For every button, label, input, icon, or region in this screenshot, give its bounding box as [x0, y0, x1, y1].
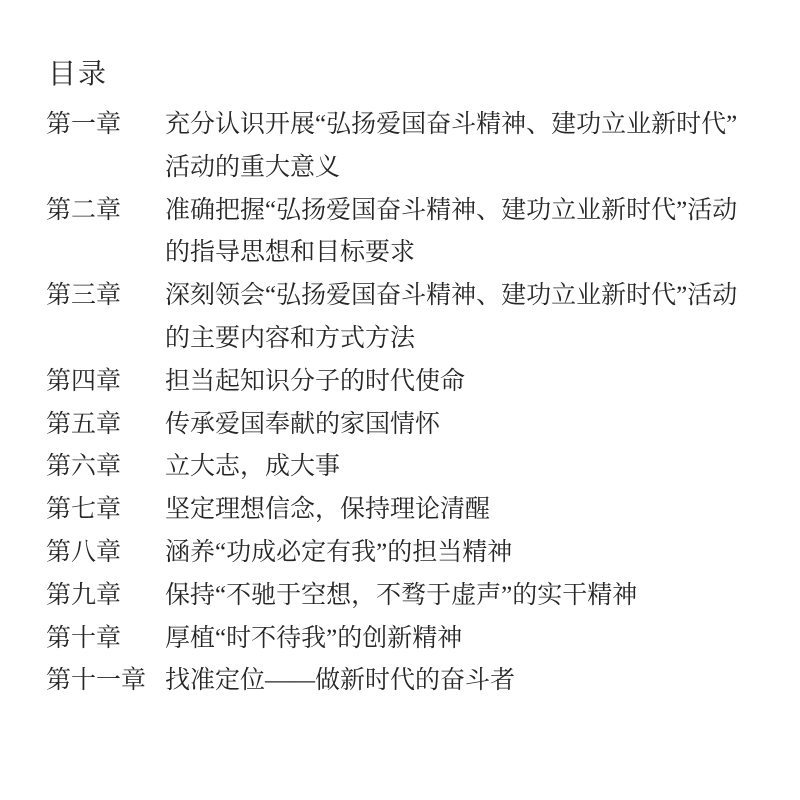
toc-entry: 第六章 立大志，成大事	[46, 446, 760, 489]
toc-title-line: 立大志，成大事	[165, 446, 760, 489]
toc-entry: 第十一章 找准定位——做新时代的奋斗者	[46, 660, 760, 703]
toc-chapter-title: 坚定理想信念，保持理论清醒	[165, 489, 760, 532]
toc-chapter-label: 第三章	[46, 275, 165, 318]
toc-title-line: 准确把握“弘扬爱国奋斗精神、建功立业新时代”活动	[165, 190, 760, 233]
toc-title-line: 保持“不驰于空想，不骛于虚声”的实干精神	[165, 575, 760, 618]
toc-title-line: 坚定理想信念，保持理论清醒	[165, 489, 760, 532]
toc-title-line: 担当起知识分子的时代使命	[165, 361, 760, 404]
toc-chapter-title: 准确把握“弘扬爱国奋斗精神、建功立业新时代”活动 的指导思想和目标要求	[165, 190, 760, 276]
toc-chapter-label: 第八章	[46, 532, 165, 575]
toc-chapter-title: 找准定位——做新时代的奋斗者	[165, 660, 760, 703]
toc-title-line: 深刻领会“弘扬爱国奋斗精神、建功立业新时代”活动	[165, 275, 760, 318]
toc-chapter-label: 第六章	[46, 446, 165, 489]
toc-chapter-label: 第十一章	[46, 660, 165, 703]
toc-entry: 第八章 涵养“功成必定有我”的担当精神	[46, 532, 760, 575]
toc-chapter-label: 第四章	[46, 361, 165, 404]
toc-entry: 第一章 充分认识开展“弘扬爱国奋斗精神、建功立业新时代” 活动的重大意义	[46, 104, 760, 190]
toc-chapter-label: 第十章	[46, 618, 165, 661]
toc-title-line: 厚植“时不待我”的创新精神	[165, 618, 760, 661]
toc-entry: 第十章 厚植“时不待我”的创新精神	[46, 618, 760, 661]
toc-chapter-title: 传承爱国奉献的家国情怀	[165, 404, 760, 447]
toc-chapter-title: 厚植“时不待我”的创新精神	[165, 618, 760, 661]
toc-chapter-title: 充分认识开展“弘扬爱国奋斗精神、建功立业新时代” 活动的重大意义	[165, 104, 760, 190]
toc-chapter-label: 第二章	[46, 190, 165, 233]
toc-chapter-title: 立大志，成大事	[165, 446, 760, 489]
page-title: 目录	[48, 54, 760, 96]
toc-entry: 第七章 坚定理想信念，保持理论清醒	[46, 489, 760, 532]
toc-chapter-label: 第九章	[46, 575, 165, 618]
toc-title-line: 传承爱国奉献的家国情怀	[165, 404, 760, 447]
toc-chapter-label: 第一章	[46, 104, 165, 147]
toc-chapter-label: 第七章	[46, 489, 165, 532]
toc-entry: 第五章 传承爱国奉献的家国情怀	[46, 404, 760, 447]
toc-entry: 第九章 保持“不驰于空想，不骛于虚声”的实干精神	[46, 575, 760, 618]
toc-chapter-label: 第五章	[46, 404, 165, 447]
toc-title-line: 涵养“功成必定有我”的担当精神	[165, 532, 760, 575]
toc-chapter-title: 涵养“功成必定有我”的担当精神	[165, 532, 760, 575]
toc-chapter-title: 担当起知识分子的时代使命	[165, 361, 760, 404]
toc-entry: 第四章 担当起知识分子的时代使命	[46, 361, 760, 404]
toc-title-line: 活动的重大意义	[165, 147, 760, 190]
toc-chapter-title: 深刻领会“弘扬爱国奋斗精神、建功立业新时代”活动 的主要内容和方式方法	[165, 275, 760, 361]
toc-title-line: 找准定位——做新时代的奋斗者	[165, 660, 760, 703]
table-of-contents: 第一章 充分认识开展“弘扬爱国奋斗精神、建功立业新时代” 活动的重大意义 第二章…	[46, 104, 760, 703]
toc-entry: 第二章 准确把握“弘扬爱国奋斗精神、建功立业新时代”活动 的指导思想和目标要求	[46, 190, 760, 276]
toc-chapter-title: 保持“不驰于空想，不骛于虚声”的实干精神	[165, 575, 760, 618]
toc-title-line: 充分认识开展“弘扬爱国奋斗精神、建功立业新时代”	[165, 104, 760, 147]
toc-entry: 第三章 深刻领会“弘扬爱国奋斗精神、建功立业新时代”活动 的主要内容和方式方法	[46, 275, 760, 361]
toc-title-line: 的指导思想和目标要求	[165, 232, 760, 275]
toc-title-line: 的主要内容和方式方法	[165, 318, 760, 361]
document-page: 目录 第一章 充分认识开展“弘扬爱国奋斗精神、建功立业新时代” 活动的重大意义 …	[0, 0, 800, 800]
